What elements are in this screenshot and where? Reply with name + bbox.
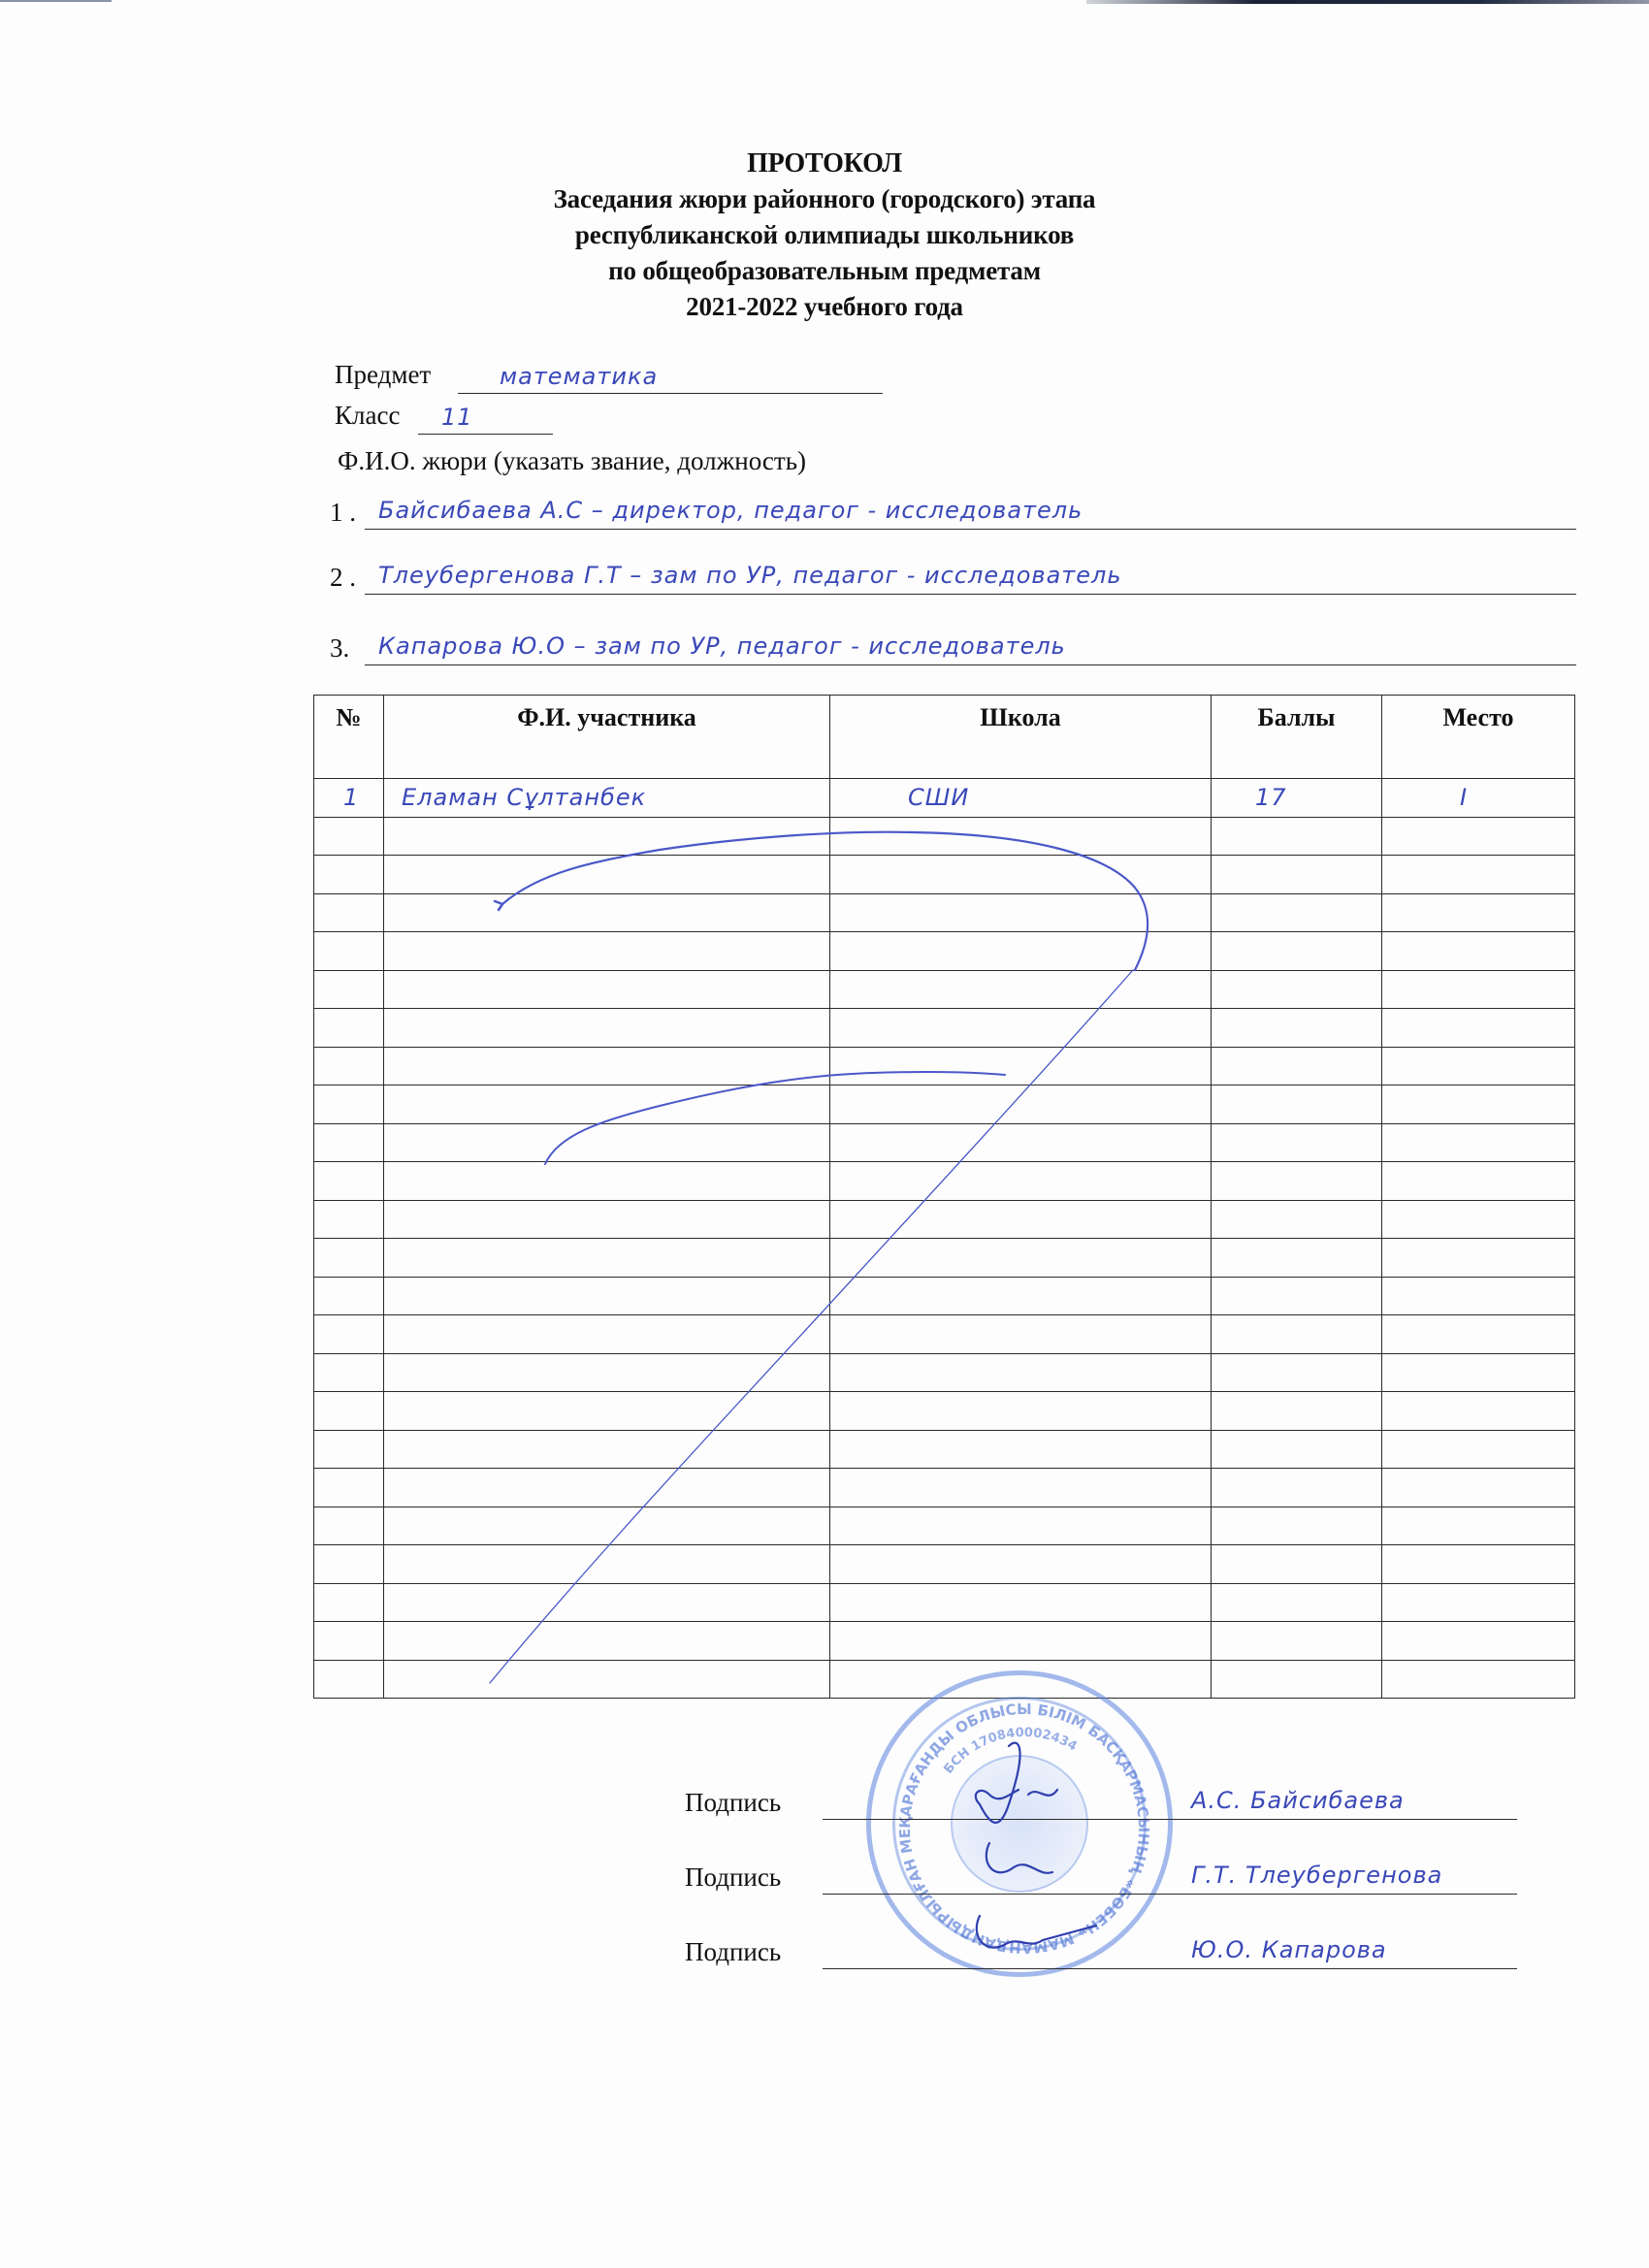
cell-place[interactable] xyxy=(1382,1583,1575,1622)
table-header-row: № Ф.И. участника Школа Баллы Место xyxy=(314,696,1575,779)
cell-participant[interactable] xyxy=(384,1239,830,1278)
cell-value: Еламан Сұлтанбек xyxy=(384,779,829,816)
cell-place[interactable] xyxy=(1382,1315,1575,1354)
cell-participant[interactable] xyxy=(384,1583,830,1622)
class-underline xyxy=(418,434,553,435)
cell-participant[interactable] xyxy=(384,1009,830,1048)
cell-school[interactable] xyxy=(830,1239,1212,1278)
cell-number[interactable] xyxy=(314,893,384,932)
table-row xyxy=(314,856,1575,894)
subject-underline xyxy=(458,393,883,394)
cell-score[interactable] xyxy=(1212,1277,1382,1315)
cell-score[interactable] xyxy=(1212,1430,1382,1469)
cell-place[interactable] xyxy=(1382,817,1575,856)
signature-row-2[interactable]: Подпись Г.Т. Тлеубергенова xyxy=(685,1846,1517,1895)
cell-score[interactable] xyxy=(1212,1047,1382,1085)
subtitle-line: по общеобразовательным предметам xyxy=(0,253,1649,289)
cell-participant[interactable] xyxy=(384,932,830,971)
cell-number[interactable] xyxy=(314,1047,384,1085)
cell-number[interactable] xyxy=(314,1277,384,1315)
cell-score[interactable] xyxy=(1212,1507,1382,1545)
jury-label: Ф.И.О. жюри (указать звание, должность) xyxy=(338,446,806,476)
cell-number[interactable] xyxy=(314,1469,384,1507)
cell-score[interactable] xyxy=(1212,1622,1382,1661)
cell-school[interactable] xyxy=(830,1545,1212,1584)
cell-school[interactable] xyxy=(830,1123,1212,1162)
jury-value: Тлеубергенова Г.Т – зам по УР, педагог -… xyxy=(378,562,1122,589)
cell-number[interactable] xyxy=(314,1085,384,1124)
signature-label: Подпись xyxy=(685,1788,781,1818)
signature-name: Г.Т. Тлеубергенова xyxy=(1191,1862,1442,1889)
cell-place[interactable] xyxy=(1382,1392,1575,1431)
table-row xyxy=(314,1583,1575,1622)
results-table: № Ф.И. участника Школа Баллы Место 1 Ела… xyxy=(313,695,1575,1699)
table-row xyxy=(314,1009,1575,1048)
subtitle-line: 2021-2022 учебного года xyxy=(0,289,1649,325)
jury-number: 2 . xyxy=(330,563,356,593)
table-row xyxy=(314,1469,1575,1507)
cell-participant[interactable] xyxy=(384,1507,830,1545)
cell-score[interactable] xyxy=(1212,1392,1382,1431)
cell-number[interactable] xyxy=(314,1009,384,1048)
cell-place[interactable] xyxy=(1382,856,1575,894)
cell-place[interactable] xyxy=(1382,1085,1575,1124)
jury-member-2[interactable]: 2 . Тлеубергенова Г.Т – зам по УР, педаг… xyxy=(330,546,1576,595)
cell-school[interactable] xyxy=(830,932,1212,971)
cell-school[interactable] xyxy=(830,1507,1212,1545)
col-header-participant: Ф.И. участника xyxy=(384,696,830,779)
table-row xyxy=(314,932,1575,971)
cell-participant[interactable] xyxy=(384,893,830,932)
table-row: 1 Еламан Сұлтанбек СШИ 17 I xyxy=(314,779,1575,818)
cell-participant[interactable] xyxy=(384,817,830,856)
table-row xyxy=(314,1085,1575,1124)
cell-place[interactable] xyxy=(1382,1123,1575,1162)
cell-score[interactable] xyxy=(1212,1123,1382,1162)
cell-score[interactable] xyxy=(1212,1239,1382,1278)
cell-number[interactable] xyxy=(314,1583,384,1622)
table-row xyxy=(314,1622,1575,1661)
cell-score[interactable] xyxy=(1212,1545,1382,1584)
cell-number[interactable] xyxy=(314,817,384,856)
document-title: ПРОТОКОЛ xyxy=(0,146,1649,181)
cell-score[interactable] xyxy=(1212,817,1382,856)
cell-school[interactable] xyxy=(830,1469,1212,1507)
cell-participant[interactable] xyxy=(384,1123,830,1162)
cell-number[interactable] xyxy=(314,932,384,971)
cell-score[interactable] xyxy=(1212,1583,1382,1622)
cell-participant[interactable] xyxy=(384,1047,830,1085)
cell-school[interactable] xyxy=(830,1277,1212,1315)
cell-score[interactable] xyxy=(1212,1315,1382,1354)
cell-number[interactable] xyxy=(314,856,384,894)
cell-school[interactable] xyxy=(830,1085,1212,1124)
cell-participant[interactable] xyxy=(384,1085,830,1124)
cell-number[interactable] xyxy=(314,1507,384,1545)
cell-score[interactable] xyxy=(1212,893,1382,932)
cell-score[interactable] xyxy=(1212,1469,1382,1507)
subtitle-line: Заседания жюри районного (городского) эт… xyxy=(0,181,1649,217)
cell-school[interactable] xyxy=(830,1430,1212,1469)
cell-number[interactable] xyxy=(314,1239,384,1278)
table-row xyxy=(314,1315,1575,1354)
table-row xyxy=(314,893,1575,932)
cell-participant[interactable]: Еламан Сұлтанбек xyxy=(384,779,830,818)
cell-number[interactable] xyxy=(314,1622,384,1661)
cell-school[interactable] xyxy=(830,1162,1212,1201)
cell-school[interactable] xyxy=(830,1622,1212,1661)
signature-underline xyxy=(823,1968,1517,1969)
cell-place[interactable] xyxy=(1382,1545,1575,1584)
table-row xyxy=(314,1430,1575,1469)
signature-row-1[interactable]: Подпись А.С. Байсибаева xyxy=(685,1771,1517,1820)
cell-place[interactable]: I xyxy=(1382,779,1575,818)
cell-score[interactable] xyxy=(1212,1162,1382,1201)
table-row xyxy=(314,1162,1575,1201)
cell-school[interactable] xyxy=(830,1353,1212,1392)
cell-place[interactable] xyxy=(1382,1047,1575,1085)
cell-place[interactable] xyxy=(1382,1660,1575,1699)
cell-school[interactable] xyxy=(830,1200,1212,1239)
table-row xyxy=(314,1239,1575,1278)
cell-participant[interactable] xyxy=(384,1660,830,1699)
jury-value: Капарова Ю.О – зам по УР, педагог - иссл… xyxy=(378,632,1066,660)
class-value: 11 xyxy=(441,404,473,431)
cell-value: СШИ xyxy=(830,779,1211,816)
cell-school[interactable] xyxy=(830,856,1212,894)
cell-place[interactable] xyxy=(1382,932,1575,971)
signature-row-3[interactable]: Подпись Ю.О. Капарова xyxy=(685,1921,1517,1969)
cell-value: 17 xyxy=(1212,779,1381,816)
cell-school[interactable] xyxy=(830,1315,1212,1354)
cell-score[interactable] xyxy=(1212,856,1382,894)
cell-value: I xyxy=(1382,779,1574,816)
cell-number[interactable] xyxy=(314,1353,384,1392)
cell-school[interactable] xyxy=(830,893,1212,932)
cell-number[interactable] xyxy=(314,1123,384,1162)
table-row xyxy=(314,1277,1575,1315)
col-header-number: № xyxy=(314,696,384,779)
jury-number: 1 . xyxy=(330,498,356,528)
cell-participant[interactable] xyxy=(384,856,830,894)
cell-school[interactable] xyxy=(830,1392,1212,1431)
col-header-school: Школа xyxy=(830,696,1212,779)
scan-edge-artifact xyxy=(0,0,112,2)
cell-place[interactable] xyxy=(1382,1430,1575,1469)
cell-score[interactable]: 17 xyxy=(1212,779,1382,818)
table-row xyxy=(314,1200,1575,1239)
cell-number[interactable] xyxy=(314,1392,384,1431)
class-label: Класс xyxy=(335,401,400,431)
cell-place[interactable] xyxy=(1382,1277,1575,1315)
cell-school[interactable] xyxy=(830,1047,1212,1085)
cell-place[interactable] xyxy=(1382,1239,1575,1278)
cell-school[interactable] xyxy=(830,970,1212,1009)
cell-school[interactable] xyxy=(830,1583,1212,1622)
cell-participant[interactable] xyxy=(384,1162,830,1201)
cell-place[interactable] xyxy=(1382,1009,1575,1048)
cell-score[interactable] xyxy=(1212,970,1382,1009)
cell-number[interactable] xyxy=(314,970,384,1009)
signature-name: А.С. Байсибаева xyxy=(1191,1787,1405,1814)
cell-score[interactable] xyxy=(1212,1009,1382,1048)
cell-place[interactable] xyxy=(1382,1162,1575,1201)
class-field[interactable]: Класс 11 xyxy=(335,402,553,435)
col-header-place: Место xyxy=(1382,696,1575,779)
subject-value: математика xyxy=(500,363,658,390)
cell-number[interactable] xyxy=(314,1162,384,1201)
cell-school[interactable] xyxy=(830,817,1212,856)
cell-participant[interactable] xyxy=(384,1545,830,1584)
subtitle-line: республиканской олимпиады школьников xyxy=(0,217,1649,253)
cell-score[interactable] xyxy=(1212,1085,1382,1124)
signature-label: Подпись xyxy=(685,1863,781,1893)
jury-member-3[interactable]: 3. Капарова Ю.О – зам по УР, педагог - и… xyxy=(330,617,1576,665)
table-row xyxy=(314,1047,1575,1085)
table-row xyxy=(314,1507,1575,1545)
cell-value: 1 xyxy=(314,779,383,816)
cell-participant[interactable] xyxy=(384,1392,830,1431)
cell-number[interactable] xyxy=(314,1200,384,1239)
table-row xyxy=(314,970,1575,1009)
cell-number[interactable] xyxy=(314,1430,384,1469)
cell-number[interactable] xyxy=(314,1660,384,1699)
signature-name: Ю.О. Капарова xyxy=(1191,1936,1387,1963)
cell-participant[interactable] xyxy=(384,1622,830,1661)
jury-underline xyxy=(365,594,1576,595)
cell-place[interactable] xyxy=(1382,1200,1575,1239)
jury-value: Байсибаева А.С – директор, педагог - исс… xyxy=(378,497,1083,524)
cell-number[interactable] xyxy=(314,1315,384,1354)
cell-number[interactable]: 1 xyxy=(314,779,384,818)
cell-participant[interactable] xyxy=(384,1200,830,1239)
cell-place[interactable] xyxy=(1382,970,1575,1009)
jury-member-1[interactable]: 1 . Байсибаева А.С – директор, педагог -… xyxy=(330,481,1576,530)
table-row xyxy=(314,817,1575,856)
cell-place[interactable] xyxy=(1382,1622,1575,1661)
cell-place[interactable] xyxy=(1382,1507,1575,1545)
table-row xyxy=(314,1123,1575,1162)
cell-place[interactable] xyxy=(1382,1353,1575,1392)
cell-participant[interactable] xyxy=(384,1353,830,1392)
document-header: ПРОТОКОЛ Заседания жюри районного (город… xyxy=(0,146,1649,325)
cell-place[interactable] xyxy=(1382,893,1575,932)
cell-participant[interactable] xyxy=(384,1315,830,1354)
jury-underline xyxy=(365,664,1576,665)
cell-participant[interactable] xyxy=(384,1277,830,1315)
scan-edge-artifact xyxy=(1086,0,1649,4)
jury-underline xyxy=(365,529,1576,530)
cell-score[interactable] xyxy=(1212,932,1382,971)
jury-number: 3. xyxy=(330,633,349,664)
cell-score[interactable] xyxy=(1212,1660,1382,1699)
cell-participant[interactable] xyxy=(384,1430,830,1469)
table-row xyxy=(314,1545,1575,1584)
cell-number[interactable] xyxy=(314,1545,384,1584)
signature-underline xyxy=(823,1894,1517,1895)
table-row xyxy=(314,1392,1575,1431)
cell-participant[interactable] xyxy=(384,970,830,1009)
cell-school[interactable] xyxy=(830,1009,1212,1048)
cell-school[interactable]: СШИ xyxy=(830,779,1212,818)
cell-score[interactable] xyxy=(1212,1353,1382,1392)
cell-place[interactable] xyxy=(1382,1469,1575,1507)
signature-label: Подпись xyxy=(685,1937,781,1967)
subject-label: Предмет xyxy=(335,360,431,390)
cell-participant[interactable] xyxy=(384,1469,830,1507)
signature-underline xyxy=(823,1819,1517,1820)
table-row xyxy=(314,1353,1575,1392)
subject-field[interactable]: Предмет математика xyxy=(335,361,883,394)
cell-score[interactable] xyxy=(1212,1200,1382,1239)
col-header-score: Баллы xyxy=(1212,696,1382,779)
